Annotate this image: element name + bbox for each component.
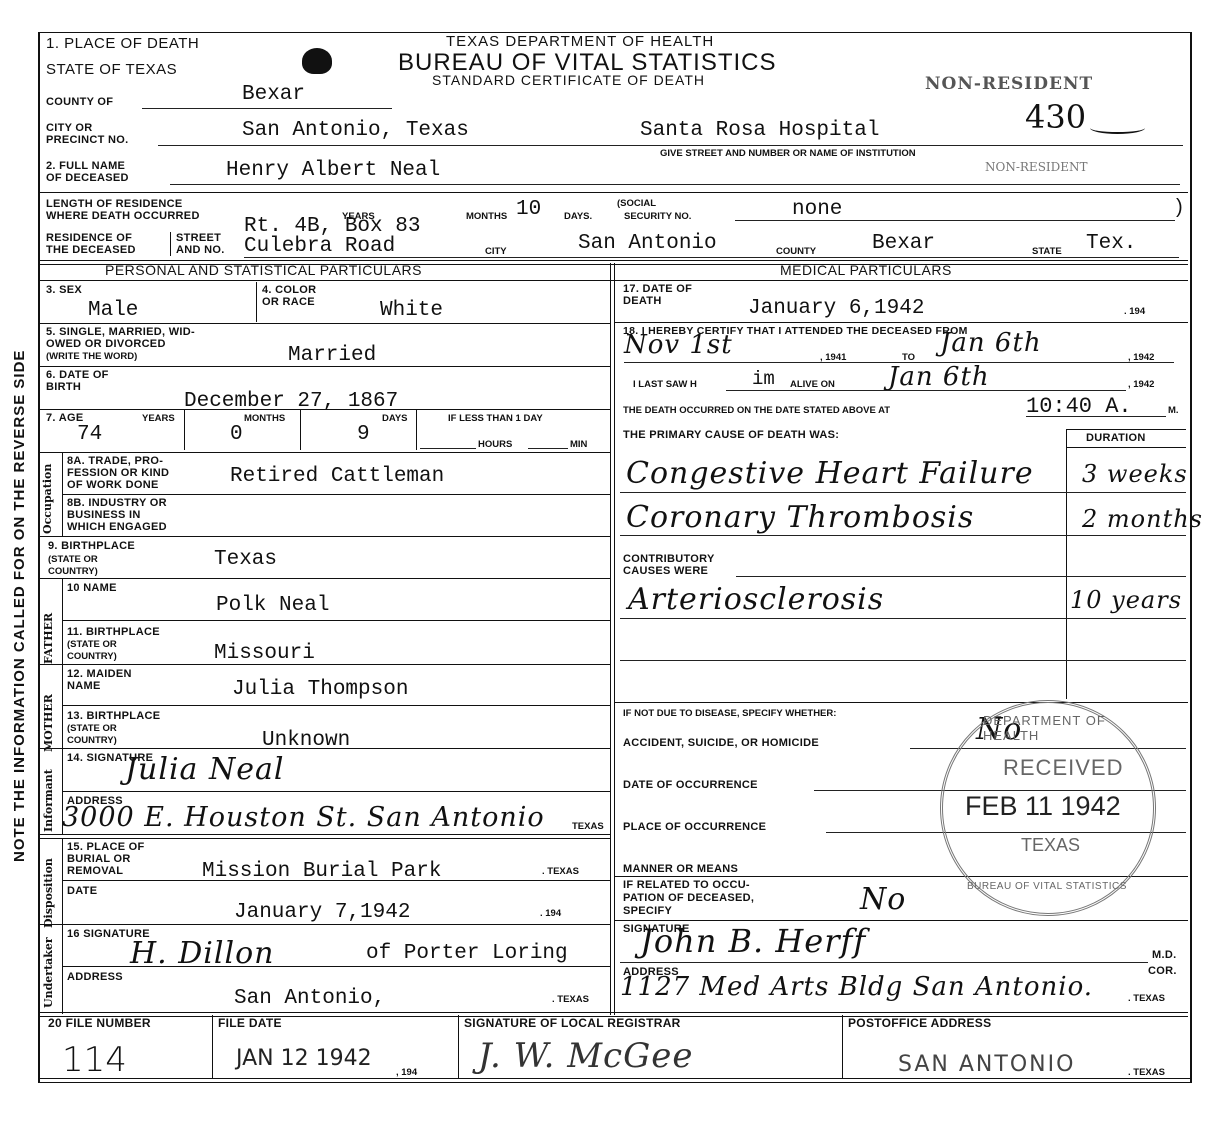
race-label-2: OR RACE — [262, 297, 315, 308]
date-occurrence-label: DATE OF OCCURRENCE — [623, 780, 758, 791]
divider — [40, 664, 610, 665]
age-days-value: 9 — [357, 424, 370, 446]
divider — [614, 920, 1188, 921]
divider — [40, 409, 610, 410]
not-disease-label: IF NOT DUE TO DISEASE, SPECIFY WHETHER: — [623, 709, 836, 719]
industry-label-3: WHICH ENGAGED — [67, 522, 167, 533]
full-name-value: Henry Albert Neal — [226, 160, 440, 182]
divider — [62, 791, 610, 792]
primary-cause-label: THE PRIMARY CAUSE OF DEATH WAS: — [623, 430, 839, 441]
divider — [614, 322, 1188, 323]
name-underline — [170, 184, 1180, 185]
father-name-value: Polk Neal — [216, 595, 329, 617]
side-note: NOTE THE INFORMATION CALLED FOR ON THE R… — [12, 350, 27, 862]
street-line-2: Culebra Road — [244, 236, 395, 258]
trade-label-3: OF WORK DONE — [67, 480, 159, 491]
divider — [300, 410, 301, 450]
contributory-label-1: CONTRIBUTORY — [623, 554, 715, 565]
number-flourish — [1090, 122, 1145, 134]
attended-from: Nov 1st — [624, 330, 733, 360]
occupation-related-label-3: SPECIFY — [623, 906, 672, 917]
attended-to: Jan 6th — [940, 328, 1042, 358]
divider — [40, 323, 610, 324]
institution-hint: GIVE STREET AND NUMBER OR NAME OF INSTIT… — [660, 149, 916, 159]
state-label: STATE OF TEXAS — [46, 62, 177, 77]
medical-section-title: MEDICAL PARTICULARS — [780, 263, 952, 278]
street-label-1: STREET — [176, 233, 221, 244]
contributory-underline-2 — [620, 618, 1186, 619]
stamp-ring-top: DEPARTMENT OF HEALTH — [983, 713, 1153, 743]
dod-suffix: . 194 — [1124, 307, 1145, 317]
divider — [416, 410, 417, 450]
residence-length-label-2: WHERE DEATH OCCURRED — [46, 211, 200, 222]
alive-on-label: ALIVE ON — [790, 380, 835, 390]
residence-underline — [244, 257, 1179, 258]
father-tag: FATHER — [42, 613, 55, 664]
occupation-related-label-2: PATION OF DECEASED, — [623, 893, 754, 904]
occupation-related-value: No — [860, 882, 906, 917]
agency-title: TEXAS DEPARTMENT OF HEALTH — [446, 34, 714, 49]
marital-label-3: (WRITE THE WORD) — [46, 352, 137, 362]
dod-value: January 6,1942 — [748, 298, 924, 320]
institution-value: Santa Rosa Hospital — [640, 120, 879, 142]
residence-length-label-1: LENGTH OF RESIDENCE — [46, 199, 183, 210]
full-name-label-2: OF DECEASED — [46, 173, 129, 184]
primary-cause-1: Congestive Heart Failure — [626, 456, 1034, 491]
birthplace-label-3: COUNTRY) — [48, 567, 98, 577]
postoffice-state: . TEXAS — [1128, 1068, 1165, 1078]
divider — [62, 494, 610, 495]
full-name-label-1: 2. FULL NAME — [46, 161, 125, 172]
informant-state: TEXAS — [572, 822, 604, 832]
divider — [842, 1015, 843, 1078]
dod-label-2: DEATH — [623, 296, 662, 307]
father-birthplace-label-3: COUNTRY) — [67, 652, 117, 662]
hours-underline — [420, 448, 476, 449]
marital-label-2: OWED OR DIVORCED — [46, 339, 166, 350]
months-label: MONTHS — [466, 212, 507, 222]
birthplace-label-2: (STATE OR — [48, 555, 98, 565]
race-value: White — [380, 300, 443, 322]
divider — [40, 280, 1188, 281]
non-resident-stamp-2: NON-RESIDENT — [985, 160, 1088, 174]
place-of-death-label: 1. PLACE OF DEATH — [46, 36, 199, 51]
contributory-cause-1: Arteriosclerosis — [628, 582, 884, 617]
residence-state-value: Tex. — [1086, 233, 1136, 255]
ssn-underline — [735, 220, 1175, 221]
divider — [40, 536, 610, 537]
place-occurrence-label: PLACE OF OCCURRENCE — [623, 822, 766, 833]
primary-cause-2-duration: 2 months — [1082, 505, 1203, 533]
city-label-2: PRECINCT NO. — [46, 135, 128, 146]
divider — [62, 880, 610, 881]
occupation-tag: Occupation — [41, 464, 54, 534]
trade-label-2: FESSION OR KIND — [67, 468, 169, 479]
time-suffix: M. — [1168, 406, 1179, 416]
residence-label-1: RESIDENCE OF — [46, 233, 132, 244]
certificate-form — [38, 32, 1192, 1083]
father-birthplace-label-1: 11. BIRTHPLACE — [67, 627, 160, 638]
personal-section-title: PERSONAL AND STATISTICAL PARTICULARS — [105, 263, 422, 278]
contributory-cause-1-duration: 10 years — [1070, 586, 1182, 614]
time-label: THE DEATH OCCURRED ON THE DATE STATED AB… — [623, 406, 890, 416]
birthplace-value: Texas — [214, 549, 277, 571]
divider — [614, 702, 1188, 703]
bracket — [170, 232, 171, 256]
mother-birthplace-label-1: 13. BIRTHPLACE — [67, 711, 160, 722]
physician-address: 1127 Med Arts Bldg San Antonio. — [620, 972, 1093, 1002]
primary-cause-1-duration: 3 weeks — [1082, 460, 1188, 488]
sex-value: Male — [88, 300, 138, 322]
divider — [62, 966, 610, 967]
divider — [184, 410, 185, 450]
age-months-label: MONTHS — [244, 414, 285, 424]
residence-label-2: THE DECEASED — [46, 245, 136, 256]
burial-date-label: DATE — [67, 886, 97, 897]
manner-label: MANNER OR MEANS — [623, 864, 738, 875]
divider — [62, 620, 610, 621]
days-label: DAYS. — [564, 212, 592, 222]
md-label: M.D. — [1152, 950, 1176, 961]
tag-divider — [62, 838, 63, 1014]
undertaker-tag: Undertaker — [42, 937, 55, 1008]
registrar-signature: J. W. McGee — [478, 1036, 693, 1076]
ssn-label-1: (SOCIAL — [617, 199, 656, 209]
accident-label: ACCIDENT, SUICIDE, OR HOMICIDE — [623, 738, 819, 749]
last-saw-underline — [726, 390, 1126, 391]
duration-label: DURATION — [1086, 433, 1146, 444]
form-title: STANDARD CERTIFICATE OF DEATH — [432, 73, 705, 88]
file-date-suffix: , 194 — [396, 1068, 417, 1078]
burial-label-1: 15. PLACE OF — [67, 842, 145, 853]
registered-number: 430 — [1025, 98, 1086, 136]
mother-tag: MOTHER — [42, 694, 55, 752]
contributory-underline-3 — [620, 660, 1186, 661]
city-underline — [158, 145, 1183, 146]
residence-state-label: STATE — [1032, 247, 1062, 257]
death-county-value: Bexar — [242, 84, 305, 106]
mother-name-label-1: 12. MAIDEN — [67, 669, 132, 680]
occupation-related-label-1: IF RELATED TO OCCU- — [623, 880, 750, 891]
age-years-label: YEARS — [142, 414, 175, 424]
father-birthplace-value: Missouri — [214, 643, 315, 665]
birthplace-label-1: 9. BIRTHPLACE — [48, 541, 135, 552]
stamp-date: FEB 11 1942 — [965, 791, 1121, 822]
residence-county-value: Bexar — [872, 233, 935, 255]
mother-birthplace-label-3: COUNTRY) — [67, 736, 117, 746]
form-bottom-border — [38, 1078, 1190, 1083]
min-label: MIN — [570, 440, 587, 450]
burial-state: . TEXAS — [542, 867, 579, 877]
residence-months-value: 10 — [516, 199, 541, 221]
residence-city-label: CITY — [485, 247, 507, 257]
physician-underline — [620, 962, 1148, 963]
time-of-death: 10:40 A. — [1026, 396, 1132, 418]
divider — [40, 452, 610, 453]
divider — [40, 834, 610, 839]
undertaker-address-label: ADDRESS — [67, 972, 123, 983]
father-birthplace-label-2: (STATE OR — [67, 640, 117, 650]
primary-cause-2: Coronary Thrombosis — [626, 500, 974, 535]
postoffice-value: SAN ANTONIO — [898, 1052, 1075, 1077]
last-saw-label: I LAST SAW H — [633, 380, 697, 390]
contributory-label-2: CAUSES WERE — [623, 566, 708, 577]
industry-label-1: 8B. INDUSTRY OR — [67, 498, 167, 509]
file-date-label: FILE DATE — [218, 1018, 282, 1029]
time-underline — [1026, 416, 1166, 417]
stamp-ring-bottom: BUREAU OF VITAL STATISTICS — [967, 881, 1127, 892]
cause-1-underline — [620, 492, 1186, 493]
tag-divider — [62, 578, 63, 834]
divider — [62, 705, 610, 706]
hours-label: HOURS — [478, 440, 512, 450]
file-number-value: 114 — [62, 1040, 127, 1080]
physician-state: . TEXAS — [1128, 994, 1165, 1004]
divider — [212, 1015, 213, 1078]
city-label-1: CITY OR — [46, 123, 93, 134]
divider — [40, 192, 1188, 193]
duration-top — [1066, 429, 1186, 430]
mother-name-label-2: NAME — [67, 681, 101, 692]
undertaker-address: San Antonio, — [234, 988, 385, 1010]
divider — [40, 748, 610, 749]
mother-name-value: Julia Thompson — [232, 679, 408, 701]
burial-date-suffix: . 194 — [540, 909, 561, 919]
trade-value: Retired Cattleman — [230, 466, 444, 488]
divider — [40, 924, 610, 925]
file-number-label: 20 FILE NUMBER — [48, 1018, 151, 1029]
physician-signature: John B. Herff — [640, 922, 866, 960]
dod-label-1: 17. DATE OF — [623, 284, 692, 295]
undertaker-firm: of Porter Loring — [366, 943, 568, 965]
divider — [256, 282, 257, 322]
informant-signature: Julia Neal — [125, 752, 284, 787]
burial-date-value: January 7,1942 — [234, 902, 410, 924]
burial-label-3: REMOVAL — [67, 866, 123, 877]
ssn-value: none — [792, 199, 842, 221]
county-label: COUNTY OF — [46, 97, 113, 108]
residence-city-value: San Antonio — [578, 233, 717, 255]
divider — [458, 1015, 459, 1078]
marital-label-1: 5. SINGLE, MARRIED, WID- — [46, 327, 195, 338]
father-name-label: 10 NAME — [67, 583, 117, 594]
sex-label: 3. SEX — [46, 285, 82, 296]
ssn-close-paren: ) — [1176, 196, 1183, 219]
race-label-1: 4. COLOR — [262, 285, 316, 296]
trade-label-1: 8A. TRADE, PRO- — [67, 456, 163, 467]
registrar-label: SIGNATURE OF LOCAL REGISTRAR — [464, 1018, 681, 1029]
undertaker-state: . TEXAS — [552, 995, 589, 1005]
dob-label-1: 6. DATE OF — [46, 370, 109, 381]
postoffice-label: POSTOFFICE ADDRESS — [848, 1018, 991, 1029]
divider — [40, 366, 610, 367]
county-underline — [142, 108, 392, 109]
stamp-state: TEXAS — [1021, 835, 1080, 856]
informant-address: 3000 E. Houston St. San Antonio — [62, 802, 545, 833]
dob-label-2: BIRTH — [46, 382, 81, 393]
cor-label: COR. — [1148, 966, 1177, 977]
min-underline — [528, 448, 568, 449]
last-saw-pronoun: im — [752, 368, 775, 390]
non-resident-stamp: NON-RESIDENT — [925, 74, 1093, 94]
duration-column-border — [1066, 429, 1067, 699]
marital-value: Married — [288, 345, 376, 367]
age-years-value: 74 — [77, 424, 102, 446]
less-than-day-label: IF LESS THAN 1 DAY — [448, 414, 543, 424]
mother-birthplace-label-2: (STATE OR — [67, 724, 117, 734]
stamp-status: RECEIVED — [1003, 755, 1123, 781]
state-seal-icon — [302, 48, 332, 74]
contributory-underline-1 — [736, 576, 1186, 577]
last-saw-date: Jan 6th — [888, 362, 990, 392]
received-stamp: DEPARTMENT OF HEALTH RECEIVED FEB 11 194… — [940, 700, 1156, 916]
death-city-value: San Antonio, Texas — [242, 120, 469, 142]
column-divider — [610, 263, 615, 1015]
burial-label-2: BURIAL OR — [67, 854, 131, 865]
divider — [40, 578, 610, 579]
disposition-tag: Disposition — [42, 858, 55, 928]
industry-label-2: BUSINESS IN — [67, 510, 141, 521]
street-label-2: AND NO. — [176, 245, 225, 256]
file-date-value: JAN 12 1942 — [236, 1046, 372, 1071]
duration-header-line — [1066, 447, 1186, 448]
ssn-label-2: SECURITY NO. — [624, 212, 691, 222]
age-days-label: DAYS — [382, 414, 408, 424]
cause-2-underline — [620, 535, 1186, 536]
last-saw-year: , 1942 — [1128, 380, 1154, 390]
residence-county-label: COUNTY — [776, 247, 816, 257]
age-months-value: 0 — [230, 424, 243, 446]
informant-tag: Informant — [42, 769, 55, 832]
